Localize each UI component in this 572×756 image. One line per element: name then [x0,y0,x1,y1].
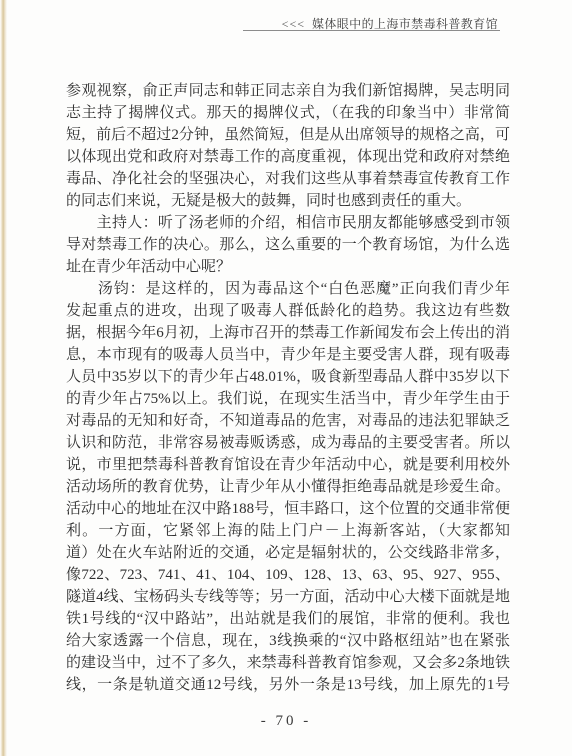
text-line: 毒品、净化社会的坚强决心，对我们这些从事着禁毒宣传教育工作 [66,168,510,190]
body-text: 参观视察，俞正声同志和韩正同志亲自为我们新馆揭牌，吴志明同志主持了揭牌仪式。那天… [66,80,510,696]
text-line: 的青少年占75%以上。我们说，在现实生活当中，青少年学生由于 [66,388,510,410]
text-line: 隧道4线、宝杨码头专线等等；另一方面，活动中心大楼下面就是地 [66,586,510,608]
text-line: 志主持了揭牌仪式。那天的揭牌仪式，（在我的印象当中）非常简 [66,102,510,124]
text-line: 认识和防范，非常容易被毒贩诱惑，成为毒品的主要受害者。所以 [66,432,510,454]
text-line: 铁1号线的“汉中路站”，出站就是我们的展馆，非常的便利。我也 [66,608,510,630]
text-line: 活动场所的教育优势，让青少年从小懂得拒绝毒品就是珍爱生命。 [66,476,510,498]
text-line: 据，根据今年6月初，上海市召开的禁毒工作新闻发布会上传出的消 [66,322,510,344]
page-edge-shadow [0,0,7,756]
page-number: - 70 - [261,713,312,729]
header-title: 媒体眼中的上海市禁毒科普教育馆 [312,17,498,31]
text-line: 给大家透露一个信息，现在，3线换乘的“汉中路枢纽站”也在紧张 [66,630,510,652]
text-line: 以体现出党和政府对禁毒工作的高度重视，体现出党和政府对禁绝 [66,146,510,168]
page-footer: - 70 - [0,713,572,730]
text-line: 活动中心的地址在汉中路188号，恒丰路口，这个位置的交通非常便 [66,498,510,520]
header-chevrons: <<< [282,17,305,31]
text-line: 的建设当中，过不了多久，来禁毒科普教育馆参观，又会多2条地铁 [66,652,510,674]
text-line: 发起重点的进攻，出现了吸毒人群低龄化的趋势。我这边有些数 [66,300,510,322]
header-rule [243,30,500,31]
text-line: 息，本市现有的吸毒人员当中，青少年是主要受害人群，现有吸毒 [66,344,510,366]
text-line: 短，前后不超过2分钟，虽然简短，但是从出席领导的规格之高，可 [66,124,510,146]
text-line: 参观视察，俞正声同志和韩正同志亲自为我们新馆揭牌，吴志明同 [66,80,510,102]
text-line: 道）处在火车站附近的交通，必定是辐射状的，公交线路非常多， [66,542,510,564]
text-line: 利。一方面，它紧邻上海的陆上门户－上海新客站，（大家都知 [66,520,510,542]
text-line: 址在青少年活动中心呢？ [66,256,510,278]
book-page: <<<媒体眼中的上海市禁毒科普教育馆 参观视察，俞正声同志和韩正同志亲自为我们新… [0,0,572,756]
text-line: 汤钧：是这样的，因为毒品这个“白色恶魔”正向我们青少年 [66,278,510,300]
text-line: 人员中35岁以下的青少年占48.01%，吸食新型毒品人群中35岁以下 [66,366,510,388]
text-line: 线，一条是轨道交通12号线，另外一条是13号线，加上原先的1号 [66,674,510,696]
text-line: 说，市里把禁毒科普教育馆设在青少年活动中心，就是要利用校外 [66,454,510,476]
text-line: 对毒品的无知和好奇，不知道毒品的危害，对毒品的违法犯罪缺乏 [66,410,510,432]
text-line: 的同志们来说，无疑是极大的鼓舞，同时也感到责任的重大。 [66,190,510,212]
text-line: 导对禁毒工作的决心。那么，这么重要的一个教育场馆，为什么选 [66,234,510,256]
text-line: 主持人：听了汤老师的介绍，相信市民朋友都能够感受到市领 [66,212,510,234]
text-line: 像722、723、741、41、104、109、128、13、63、95、927… [66,564,510,586]
